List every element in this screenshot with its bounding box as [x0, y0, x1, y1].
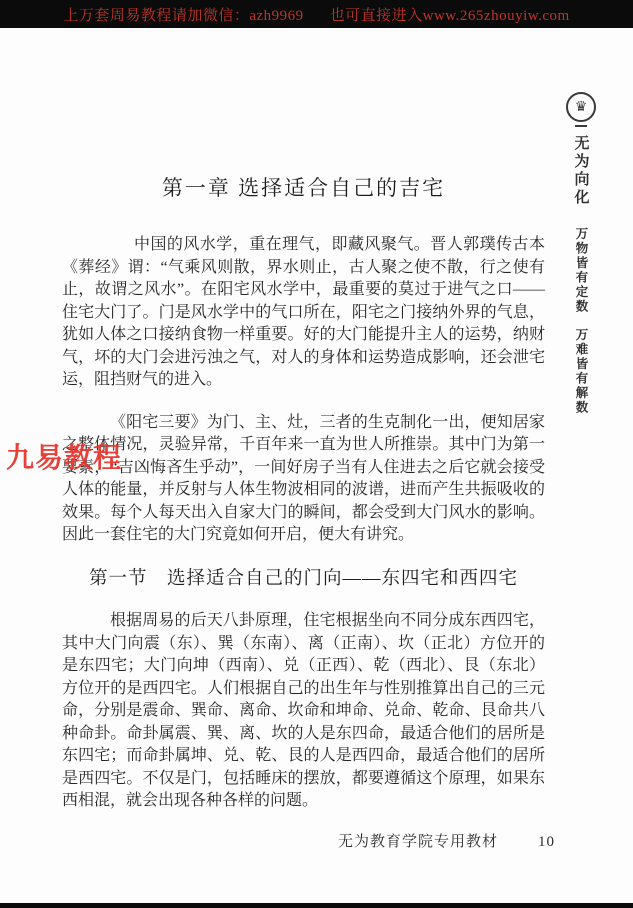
promo-banner: 上万套周易教程请加微信：azh9969 也可直接进入www.265zhouyiw… — [0, 0, 633, 28]
bottom-border — [0, 903, 633, 908]
brand-vertical-text: 无为向化 — [571, 135, 592, 207]
chapter-title: 第一章 选择适合自己的吉宅 — [62, 172, 545, 202]
motto-vertical-text-2: 万难皆有解数 — [572, 328, 590, 415]
body-paragraph-2: 《阳宅三要》为门、主、灶，三者的生克制化一出，便知居家之整体情况，灵验异常，千百… — [62, 412, 545, 547]
footer-text: 无为教育学院专用教材 — [338, 830, 498, 851]
side-rail: ♛ 无为向化 万物皆有定数 万难皆有解数 — [563, 92, 599, 415]
page-number: 10 — [538, 834, 555, 851]
document-page: 上万套周易教程请加微信：azh9969 也可直接进入www.265zhouyiw… — [0, 0, 633, 908]
seal-base-ornament — [575, 125, 587, 127]
crown-seal-icon: ♛ — [566, 92, 596, 122]
promo-banner-text: 上万套周易教程请加微信：azh9969 — [63, 4, 303, 25]
promo-banner-url: 也可直接进入www.265zhouyiw.com — [330, 4, 570, 25]
body-paragraph-3: 根据周易的后天八卦原理，住宅根据坐向不同分成东西四宅，其中大门向震（东）、巽（东… — [62, 610, 545, 813]
document-body: 中国的风水学，重在理气，即藏风聚气。晋人郭璞传古本《葬经》谓：“气乘风则散，界水… — [62, 234, 545, 813]
body-paragraph-1: 中国的风水学，重在理气，即藏风聚气。晋人郭璞传古本《葬经》谓：“气乘风则散，界水… — [62, 234, 545, 392]
red-watermark: 九易教程 — [6, 436, 122, 476]
page-footer: 无为教育学院专用教材 10 — [62, 830, 555, 851]
section-title: 第一节 选择适合自己的门向——东四宅和西四宅 — [62, 568, 545, 591]
motto-vertical-text-1: 万物皆有定数 — [572, 227, 590, 314]
